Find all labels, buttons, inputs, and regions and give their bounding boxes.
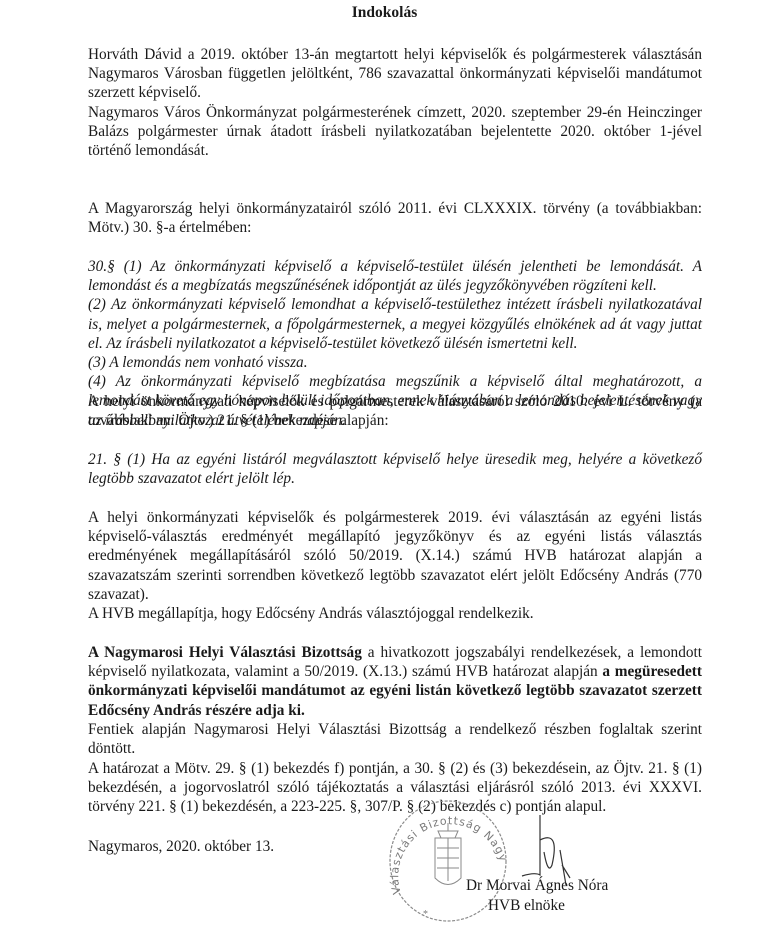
document-title: Indokolás xyxy=(0,4,769,22)
paragraph-conclusion: Fentiek alapján Nagymarosi Helyi Választ… xyxy=(88,720,702,758)
paragraph-decision: A Nagymarosi Helyi Választási Bizottság … xyxy=(88,643,702,720)
svg-text:*: * xyxy=(423,909,428,920)
decision-committee: A Nagymarosi Helyi Választási Bizottság xyxy=(88,644,362,661)
quote-ojtv-21: 21. § (1) Ha az egyéni listáról megválas… xyxy=(88,450,702,488)
signatory-name: Dr Morvai Ágnes Nóra xyxy=(466,877,608,895)
paragraph-motv: A Magyarország helyi önkormányzatairól s… xyxy=(88,199,702,237)
coat-of-arms-icon xyxy=(435,823,461,885)
quote-30-1: 30.§ (1) Az önkormányzati képviselő a ké… xyxy=(88,257,702,295)
paragraph-ojtv: A helyi önkormányzati képviselők és polg… xyxy=(88,392,702,430)
paragraph-voting-right: A HVB megállapítja, hogy Edőcsény András… xyxy=(88,604,702,623)
paragraph-election-result: A helyi önkormányzati képviselők és polg… xyxy=(88,508,702,604)
paragraph-intro-1: Horváth Dávid a 2019. október 13-án megt… xyxy=(88,45,702,103)
signatory-role: HVB elnöke xyxy=(488,897,565,915)
quote-30-2: (2) Az önkormányzati képviselő lemondhat… xyxy=(88,295,702,353)
quote-30-3: (3) A lemondás nem vonható vissza. xyxy=(88,353,702,372)
document-body: Horváth Dávid a 2019. október 13-án megt… xyxy=(88,45,702,160)
paragraph-intro-2: Nagymaros Város Önkormányzat polgármeste… xyxy=(88,103,702,161)
